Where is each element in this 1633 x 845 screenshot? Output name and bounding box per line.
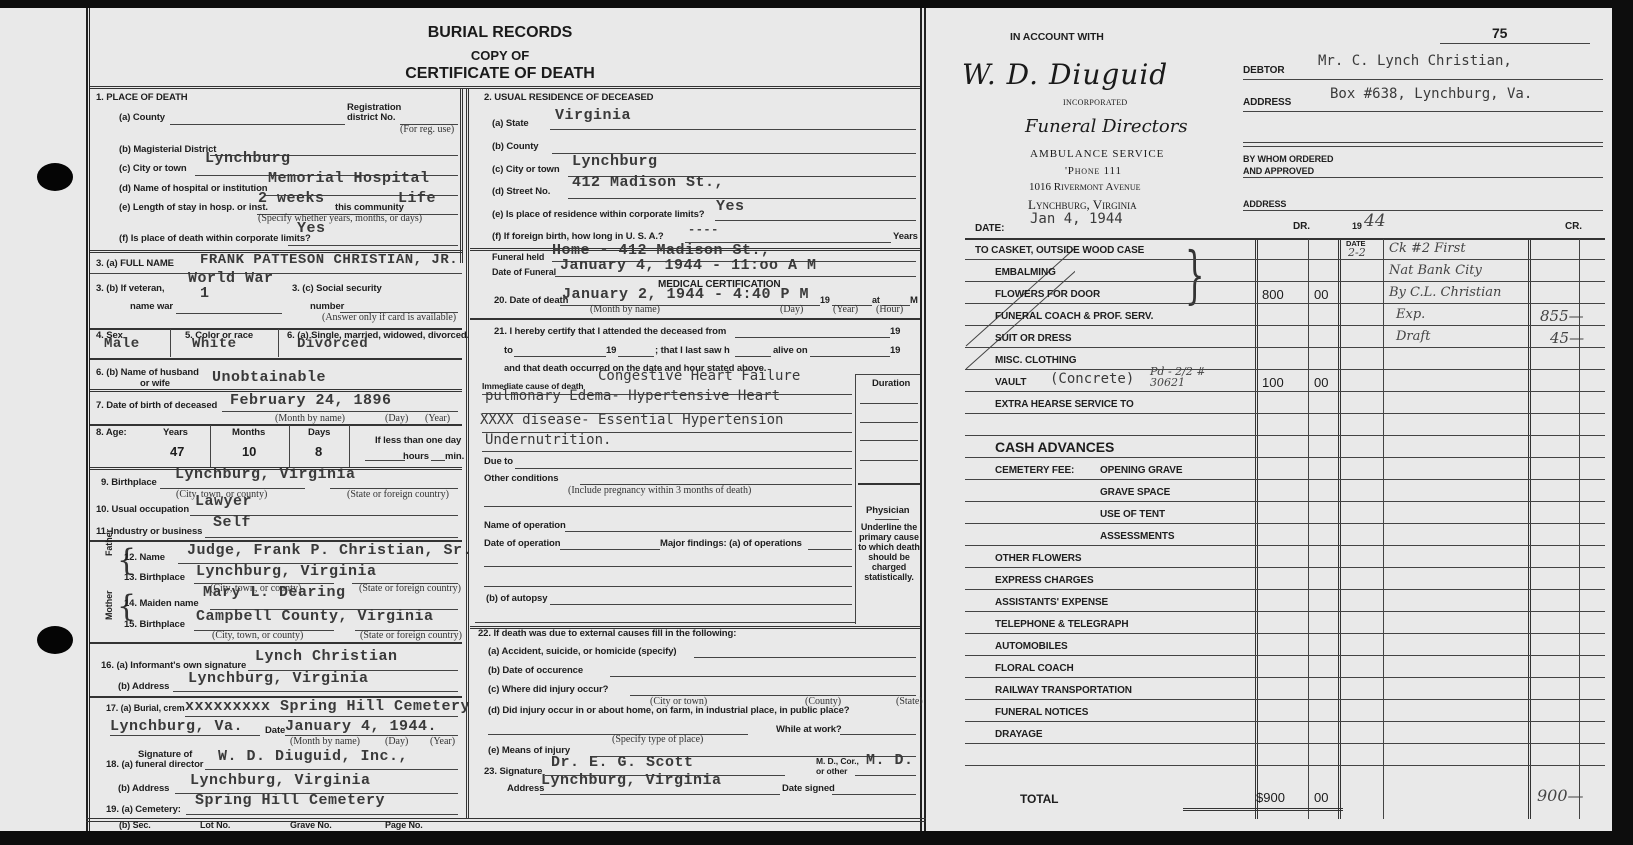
md-label: or other xyxy=(816,766,847,776)
county-label: (b) County xyxy=(492,141,539,152)
street-label: (d) Street No. xyxy=(492,186,550,197)
director-address-value: Lynchburg, Virginia xyxy=(190,772,371,789)
divider xyxy=(475,622,855,623)
item-cents: 00 xyxy=(1314,287,1328,302)
father-name-label: 12. Name xyxy=(124,552,165,563)
ordered-field[interactable] xyxy=(1243,177,1603,178)
address-field[interactable] xyxy=(1243,142,1603,143)
ssn-label: 3. (c) Social security xyxy=(292,283,382,294)
note: (Day) xyxy=(385,736,408,747)
item-misc-clothing: MISC. CLOTHING xyxy=(995,355,1076,366)
bracket-icon: } xyxy=(1185,244,1205,306)
divider xyxy=(1528,239,1531,819)
year-handwritten: 44 xyxy=(1364,211,1386,231)
row-line xyxy=(965,567,1605,568)
age-label: 8. Age: xyxy=(96,427,127,438)
residence-city-value: Lynchburg xyxy=(572,153,658,170)
divider xyxy=(858,483,920,485)
item-grave-space: GRAVE SPACE xyxy=(1100,487,1170,498)
burial-date-label: Date xyxy=(265,725,285,736)
md-field[interactable] xyxy=(855,775,916,776)
state-label: (a) State xyxy=(492,118,529,129)
ssn-label: number xyxy=(310,301,344,312)
note: (State) xyxy=(896,696,923,707)
full-name-label: 3. (a) FULL NAME xyxy=(96,258,174,269)
physician-signature-value: Dr. E. G. Scott xyxy=(551,754,694,771)
hours-field[interactable] xyxy=(365,460,405,461)
total-credit: 900— xyxy=(1537,786,1584,805)
birthplace-label: 9. Birthplace xyxy=(101,477,157,488)
item-express-charges: EXPRESS CHARGES xyxy=(995,575,1094,586)
note: (Answer only if card is available) xyxy=(322,312,456,323)
attended-to-field[interactable] xyxy=(514,356,606,357)
item-amount: 100 xyxy=(1262,375,1284,390)
corporate-field[interactable] xyxy=(288,245,458,246)
informant-address-value: Lynchburg, Virginia xyxy=(188,670,369,687)
credit-amount: 855— xyxy=(1540,307,1584,325)
residence-corporate-field[interactable] xyxy=(715,220,916,221)
m-label: M xyxy=(910,295,918,306)
punch-hole xyxy=(37,626,73,654)
findings-field[interactable] xyxy=(484,586,852,587)
item-railway: RAILWAY TRANSPORTATION xyxy=(995,685,1132,696)
divider xyxy=(90,424,462,426)
burial-place-field[interactable] xyxy=(110,735,260,736)
note: (State or foreign country) xyxy=(360,630,462,641)
divider xyxy=(90,358,462,360)
year-prefix: 19 xyxy=(1352,221,1362,231)
community-label: this community xyxy=(335,202,404,213)
item-funeral-coach: FUNERAL COACH & PROF. SERV. xyxy=(995,311,1153,322)
mother-birthplace-label: 15. Birthplace xyxy=(124,619,185,630)
divider xyxy=(1308,239,1309,819)
year-prefix: 19 xyxy=(820,295,830,305)
less-day-label: If less than one day xyxy=(375,435,461,446)
state-value: Virginia xyxy=(555,107,631,124)
residence-corporate-label: (e) Is place of residence within corpora… xyxy=(492,209,705,220)
due-to-field[interactable] xyxy=(515,468,852,469)
cause-line: Congestive Heart Failure xyxy=(598,368,800,384)
corporate-value: Yes xyxy=(297,220,326,237)
divider xyxy=(1383,239,1384,819)
divider xyxy=(855,374,920,375)
cemetery-field[interactable] xyxy=(186,814,458,815)
debtor-field[interactable] xyxy=(1243,79,1603,80)
alive-label: alive on xyxy=(773,345,808,356)
document-heading: CERTIFICATE OF DEATH xyxy=(360,65,640,83)
duration-label: Duration xyxy=(872,378,910,389)
divider xyxy=(170,329,171,357)
director-address-label: (b) Address xyxy=(118,783,169,794)
row-line xyxy=(965,457,1605,458)
row-line xyxy=(965,655,1605,656)
item-telephone: TELEPHONE & TELEGRAPH xyxy=(995,619,1128,630)
director-value: W. D. Diuguid, Inc., xyxy=(218,748,408,765)
note: (Day) xyxy=(780,304,803,315)
incorporated-label: INCORPORATED xyxy=(1063,98,1128,107)
months-label: Months xyxy=(232,427,265,438)
dob-label: 7. Date of birth of deceased xyxy=(96,400,217,411)
item-vault-type: (Concrete) xyxy=(1050,371,1134,387)
item-flowers: FLOWERS FOR DOOR xyxy=(995,289,1100,300)
years-label: Years xyxy=(163,427,188,438)
autopsy-label: (b) of autopsy xyxy=(486,593,547,604)
row-line xyxy=(965,303,1605,304)
section-place-of-death: 1. PLACE OF DEATH xyxy=(96,92,188,103)
sex-value: Male xyxy=(104,336,140,352)
cash-advances-heading: CASH ADVANCES xyxy=(995,439,1114,455)
row-line xyxy=(965,589,1605,590)
other-conditions-field[interactable] xyxy=(484,506,852,507)
external-d-label: (d) Did injury occur in or about home, o… xyxy=(488,705,850,716)
full-name-value: FRANK PATTESON CHRISTIAN, JR. xyxy=(200,252,458,268)
physician-address-value: Lynchburg, Virginia xyxy=(541,772,722,789)
veteran-field[interactable] xyxy=(176,313,282,314)
note: (For reg. use) xyxy=(400,124,454,135)
total-label: TOTAL xyxy=(1020,792,1058,806)
burial-place-value: Lynchburg, Va. xyxy=(110,718,243,735)
divider xyxy=(855,374,856,624)
tagline: Funeral Directors xyxy=(1025,116,1188,137)
informant-address-label: (b) Address xyxy=(118,681,169,692)
row-line xyxy=(965,325,1605,326)
credit-note: Nat Bank City xyxy=(1389,263,1482,278)
item-cemetery-fee: CEMETERY FEE: xyxy=(995,465,1074,476)
other-conditions-label: Other conditions xyxy=(484,473,558,484)
divider xyxy=(1243,146,1603,147)
divider xyxy=(278,329,279,357)
item-assistants-expense: ASSISTANTS' EXPENSE xyxy=(995,597,1108,608)
row-line xyxy=(965,699,1605,700)
account-number: 75 xyxy=(1492,25,1507,41)
days-label: Days xyxy=(308,427,330,438)
attended-from-field[interactable] xyxy=(735,337,890,338)
foreign-value: ---- xyxy=(688,223,719,237)
note: (Month by name) xyxy=(290,736,360,747)
race-value: White xyxy=(192,336,237,352)
row-line xyxy=(965,545,1605,546)
veteran-label: 3. (b) If veteran, xyxy=(96,283,164,294)
pronoun-field[interactable] xyxy=(735,356,771,357)
item-assessments: ASSESSMENTS xyxy=(1100,531,1174,542)
dob-field[interactable] xyxy=(222,411,458,412)
spouse-label: or wife xyxy=(140,378,170,389)
note: (State or foreign country) xyxy=(347,489,449,500)
document-title: BURIAL RECORDS xyxy=(380,24,620,42)
note: (Year) xyxy=(425,413,450,424)
row-line xyxy=(965,281,1605,282)
company-logo: W. D. Diuguid xyxy=(962,58,1168,91)
veteran-value: 1 xyxy=(200,285,210,302)
note: (City, town, or county) xyxy=(212,630,303,641)
burial-field[interactable] xyxy=(185,716,458,717)
age-days-value: 8 xyxy=(315,444,322,459)
age-years-value: 47 xyxy=(170,444,184,459)
page-label: Page No. xyxy=(385,820,423,830)
item-embalming: EMBALMING xyxy=(995,267,1056,278)
row-line xyxy=(965,479,1605,480)
ordered-address-field[interactable] xyxy=(1243,210,1603,211)
credit-note: Draft xyxy=(1396,329,1430,344)
frame-divider xyxy=(920,8,926,831)
lot-label: Lot No. xyxy=(200,820,230,830)
funeral-date-field[interactable] xyxy=(555,276,916,277)
cause-line: Undernutrition. xyxy=(485,432,611,448)
row-line xyxy=(965,611,1605,612)
divider xyxy=(90,642,462,644)
industry-field[interactable] xyxy=(205,537,458,538)
hospital-value: Memorial Hospital xyxy=(268,170,430,187)
min-label: min. xyxy=(445,451,464,462)
item-vault: VAULT xyxy=(995,377,1026,388)
mother-side-label: Mother xyxy=(104,591,114,620)
hours-label: hours xyxy=(403,451,429,462)
street-label: 1016 Rivermont Avenue xyxy=(1029,181,1141,193)
address-value: Box #638, Lynchburg, Va. xyxy=(1330,86,1532,102)
registration-label: district No. xyxy=(347,112,395,123)
burial-date-value: January 4, 1944. xyxy=(285,718,437,735)
age-months-value: 10 xyxy=(242,444,256,459)
item-drayage: DRAYAGE xyxy=(995,729,1042,740)
last-saw-label: ; that I last saw h xyxy=(655,345,730,356)
community-value: Life xyxy=(398,190,436,207)
occupation-label: 10. Usual occupation xyxy=(96,504,189,515)
sec-label: (b) Sec. xyxy=(119,820,151,830)
industry-value: Self xyxy=(213,514,251,531)
total-amount: $900 xyxy=(1256,790,1285,805)
date-label: DATE: xyxy=(975,223,1004,234)
note: (Month by name) xyxy=(590,304,660,315)
birthplace-value: Lynchburg, Virginia xyxy=(175,466,356,483)
item-floral-coach: FLORAL COACH xyxy=(995,663,1074,674)
address-label: ADDRESS xyxy=(1243,97,1291,108)
min-field[interactable] xyxy=(431,460,445,461)
note: (Year) xyxy=(833,304,858,315)
document-page: BURIAL RECORDS COPY OF CERTIFICATE OF DE… xyxy=(0,8,1612,831)
credit-note: Ck #2 First xyxy=(1389,241,1466,256)
operation-findings-field[interactable] xyxy=(808,549,852,550)
funeral-held-label: Funeral held xyxy=(492,252,544,262)
divider xyxy=(289,425,290,467)
county-field[interactable] xyxy=(170,124,345,125)
ordered-address-label: ADDRESS xyxy=(1243,199,1286,209)
date-of-death-label: 20. Date of death xyxy=(494,295,568,306)
residence-corporate-value: Yes xyxy=(716,198,745,215)
note: (Include pregnancy within 3 months of de… xyxy=(568,485,751,496)
external-b-field[interactable] xyxy=(610,676,916,677)
hospital-label: (d) Name of hospital or institution xyxy=(119,183,268,194)
row-line xyxy=(965,677,1605,678)
mother-birthplace-value: Campbell County, Virginia xyxy=(196,608,434,625)
section-residence: 2. USUAL RESIDENCE OF DECEASED xyxy=(484,92,653,103)
phone-label: 'Phone 111 xyxy=(1065,165,1122,177)
alive-on-field[interactable] xyxy=(810,356,890,357)
duration-field[interactable] xyxy=(860,403,918,404)
due-to-label: Due to xyxy=(484,456,513,467)
credit-note: Exp. xyxy=(1396,307,1425,322)
item-automobiles: AUTOMOBILES xyxy=(995,641,1068,652)
external-a-field[interactable] xyxy=(694,657,916,658)
address-field[interactable] xyxy=(1243,111,1603,112)
operation-name-field[interactable] xyxy=(565,531,852,532)
item-funeral-notices: FUNERAL NOTICES xyxy=(995,707,1088,718)
note: (Hour) xyxy=(876,304,903,315)
funeral-date-label: Date of Funeral xyxy=(492,267,556,277)
row-line xyxy=(965,435,1605,436)
autopsy-field[interactable] xyxy=(550,604,852,605)
director-field[interactable] xyxy=(205,769,458,770)
note: (Specify type of place) xyxy=(612,734,703,745)
father-name-value: Judge, Frank P. Christian, Sr. xyxy=(187,542,472,559)
mother-maiden-label: 14. Maiden name xyxy=(124,598,199,609)
debtor-label: DEBTOR xyxy=(1243,65,1284,76)
external-c-label: (c) Where did injury occur? xyxy=(488,684,608,695)
work-field[interactable] xyxy=(840,734,916,735)
city-label: (c) City or town xyxy=(492,164,560,175)
row-line xyxy=(965,369,1605,370)
major-findings-label: Major findings: (a) of operations xyxy=(660,538,802,549)
divider xyxy=(90,86,920,89)
operation-date-label: Date of operation xyxy=(484,538,560,549)
frame-border xyxy=(86,8,90,831)
cr-label: CR. xyxy=(1565,221,1582,232)
stay-value: 2 weeks xyxy=(258,190,325,207)
divider xyxy=(875,519,899,520)
total-underline xyxy=(1183,808,1343,811)
physician-address-field[interactable] xyxy=(540,794,780,795)
service-label: AMBULANCE SERVICE xyxy=(1030,148,1164,160)
physician-note: Underline the primary cause to which dea… xyxy=(858,522,920,582)
item-casket: TO CASKET, OUTSIDE WOOD CASE xyxy=(975,245,1144,256)
director-label: 18. (a) funeral director xyxy=(106,759,203,770)
item-cents: 00 xyxy=(1314,375,1328,390)
punch-hole xyxy=(37,163,73,191)
informant-address-field[interactable] xyxy=(173,691,458,692)
in-account-with-label: IN ACCOUNT WITH xyxy=(1010,31,1104,43)
row-line xyxy=(965,259,1605,260)
total-cents: 00 xyxy=(1314,790,1328,805)
divider xyxy=(1338,239,1341,819)
row-line xyxy=(965,501,1605,502)
grave-label: Grave No. xyxy=(290,820,332,830)
occupation-value: Lawyer xyxy=(195,493,252,510)
duration-field[interactable] xyxy=(860,440,918,441)
row-line xyxy=(965,743,1605,744)
document-subtitle: COPY OF xyxy=(380,48,620,63)
date-signed-label: Date signed xyxy=(782,783,835,794)
to-label: to xyxy=(504,345,513,356)
spouse-label: 6. (b) Name of husband xyxy=(96,367,199,378)
street-value: 412 Madison St., xyxy=(572,174,724,191)
note: (Month by name) xyxy=(275,413,345,424)
row-line xyxy=(965,721,1605,722)
divider xyxy=(466,88,469,818)
county-label: (a) County xyxy=(119,112,165,123)
item-use-of-tent: USE OF TENT xyxy=(1100,509,1165,520)
credit-amount: 45— xyxy=(1550,329,1584,347)
item-extra-hearse: EXTRA HEARSE SERVICE TO xyxy=(995,399,1134,410)
physician-title: Physician xyxy=(866,505,909,516)
year-prefix: 19 xyxy=(606,345,616,356)
item-suit: SUIT OR DRESS xyxy=(995,333,1072,344)
mother-maiden-value: Mary L. Dearing xyxy=(203,584,346,601)
divider xyxy=(1255,239,1258,819)
credit-note: By C.L. Christian xyxy=(1389,285,1501,300)
father-side-label: Father xyxy=(104,529,114,556)
row-line xyxy=(965,523,1605,524)
findings-field[interactable] xyxy=(484,566,852,567)
city-value: Lynchburg xyxy=(205,150,291,167)
years-label: Years xyxy=(893,231,918,242)
date-of-death-value: January 2, 1944 - 4:40 P M xyxy=(562,286,809,303)
ordered-label: AND APPROVED xyxy=(1243,166,1314,176)
row-line xyxy=(965,633,1605,634)
burial-value: xxxxxxxxx Spring Hill Cemetery xyxy=(185,698,470,715)
state-field[interactable] xyxy=(550,129,916,130)
divider xyxy=(90,273,462,274)
father-birthplace-label: 13. Birthplace xyxy=(124,572,185,583)
veteran-label: name war xyxy=(130,301,173,312)
note: (State or foreign country) xyxy=(359,583,461,594)
corporate-label: (f) Is place of death within corporate l… xyxy=(119,233,311,244)
year-prefix: 19 xyxy=(890,345,900,356)
year-field[interactable] xyxy=(618,356,654,357)
note: (Specify whether years, months, or days) xyxy=(258,213,422,224)
credit-date: 2-2 xyxy=(1348,246,1366,259)
divider xyxy=(460,88,463,263)
dr-label: DR. xyxy=(1293,221,1310,232)
dob-value: February 24, 1896 xyxy=(230,392,392,409)
section-external: 22. If death was due to external causes … xyxy=(478,628,736,639)
magisterial-label: (b) Magisterial District xyxy=(119,144,216,155)
operation-name-label: Name of operation xyxy=(484,520,566,531)
divider xyxy=(1440,43,1590,44)
divider xyxy=(349,425,350,467)
item-vault-note: Pd - 2/2 # 30621 xyxy=(1150,366,1225,388)
marital-value: Divorced xyxy=(297,336,368,352)
divider xyxy=(470,318,920,320)
father-birthplace-value: Lynchburg, Virginia xyxy=(196,563,377,580)
external-b-label: (b) Date of occurence xyxy=(488,665,583,676)
operation-date-field[interactable] xyxy=(560,549,660,550)
cemetery-value: Spring Hill Cemetery xyxy=(195,792,385,809)
date-signed-field[interactable] xyxy=(832,794,916,795)
md-value: M. D. xyxy=(866,752,914,769)
row-line xyxy=(965,391,1605,392)
duration-field[interactable] xyxy=(860,460,918,461)
note: (Year) xyxy=(430,736,455,747)
row-line xyxy=(965,413,1605,414)
item-other-flowers: OTHER FLOWERS xyxy=(995,553,1081,564)
note: (Day) xyxy=(385,413,408,424)
debtor-value: Mr. C. Lynch Christian, xyxy=(1318,53,1512,69)
md-label: M. D., Cor., xyxy=(816,756,859,766)
row-line xyxy=(965,347,1605,348)
physician-signature-label: 23. Signature xyxy=(484,766,542,777)
ordered-label: BY WHOM ORDERED xyxy=(1243,154,1333,164)
cause-line: XXXX disease- Essential Hypertension xyxy=(480,412,783,428)
divider xyxy=(1579,239,1580,819)
duration-field[interactable] xyxy=(860,422,918,423)
cause-field[interactable] xyxy=(482,451,852,452)
spouse-value: Unobtainable xyxy=(212,369,326,386)
item-amount: 800 xyxy=(1262,287,1284,302)
cemetery-label: 19. (a) Cemetery: xyxy=(106,804,181,815)
year-prefix: 19 xyxy=(890,326,900,337)
stay-label: (e) Length of stay in hosp. or inst. xyxy=(119,202,268,213)
city-label: (c) City or town xyxy=(119,163,187,174)
row-line xyxy=(965,765,1605,766)
